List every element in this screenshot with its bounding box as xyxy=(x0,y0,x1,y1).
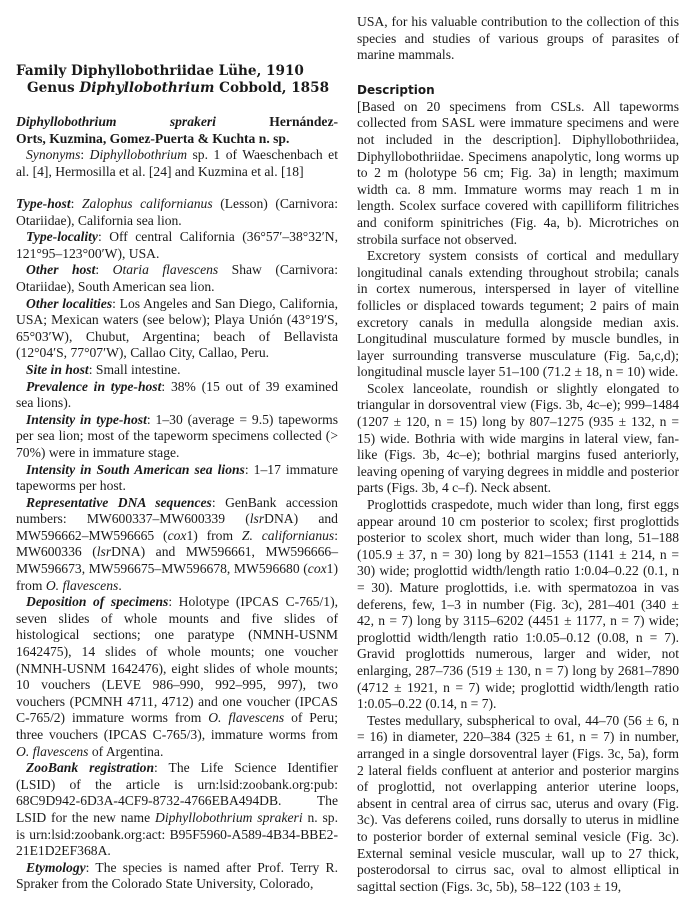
dna-text: . xyxy=(118,578,121,593)
gene-name: lsr xyxy=(97,544,111,559)
genus-heading: Genus Diphyllobothrium Cobbold, 1858 xyxy=(27,80,329,97)
site-in-host: Site in host: Small intestine. xyxy=(16,362,338,379)
description-paragraph-3: Scolex lanceolate, roundish or slightly … xyxy=(357,381,679,497)
genus-heading-prefix: Genus xyxy=(27,80,79,96)
etymology: Etymology: The species is named after Pr… xyxy=(16,860,338,893)
dna-text: 1) from xyxy=(186,528,241,543)
dna-sequences-label: Representative DNA sequences xyxy=(26,495,212,510)
zoobank-label: ZooBank registration xyxy=(26,760,154,775)
description-heading: Description xyxy=(357,82,679,99)
synonyms: Synonyms: Diphyllobothrium sp. 1 of Waes… xyxy=(16,147,338,180)
intensity-south-american-label: Intensity in South American sea lions xyxy=(26,462,245,477)
right-column: USA, for his valuable contribution to th… xyxy=(357,14,679,895)
intensity-type-host: Intensity in type-host: 1–30 (average = … xyxy=(16,412,338,462)
species-section: Diphyllobothrium sprakeri Hernández-Orts… xyxy=(16,114,338,180)
description-paragraph-5: Testes medullary, subspherical to oval, … xyxy=(357,713,679,896)
species-name: O. flavescens xyxy=(16,744,88,759)
deposition-text: of Argentina. xyxy=(88,744,163,759)
prevalence-label: Prevalence in type-host xyxy=(26,379,161,394)
species-name: Z. californianus xyxy=(242,528,334,543)
taxonomic-summary: Type-host: Zalophus californianus (Lesso… xyxy=(16,196,338,893)
genus-name: Diphyllobothrium xyxy=(79,80,214,96)
site-in-host-text: : Small intestine. xyxy=(89,362,181,377)
other-host-label: Other host xyxy=(26,262,95,277)
species-genus: Diphyllobothrium xyxy=(16,114,116,129)
gene-name: lsr xyxy=(250,511,264,526)
species-name: O. flavescens xyxy=(208,710,284,725)
gene-name: cox xyxy=(308,561,327,576)
genus-heading-suffix: Cobbold, 1858 xyxy=(214,80,329,96)
intensity-south-american: Intensity in South American sea lions: 1… xyxy=(16,462,338,495)
type-locality: Type-locality: Off central California (3… xyxy=(16,229,338,262)
family-heading: Family Diphyllobothriidae Lühe, 1910 xyxy=(16,63,304,80)
deposition: Deposition of specimens: Holotype (IPCAS… xyxy=(16,594,338,760)
other-localities-label: Other localities xyxy=(26,296,112,311)
etymology-continued: USA, for his valuable contribution to th… xyxy=(357,14,679,64)
synonyms-genus: Diphyllobothrium xyxy=(90,147,187,162)
etymology-label: Etymology xyxy=(26,860,86,875)
description-paragraph-1: [Based on 20 specimens from CSLs. All ta… xyxy=(357,99,679,248)
type-host: Type-host: Zalophus californianus (Lesso… xyxy=(16,196,338,229)
species-heading: Diphyllobothrium sprakeri Hernández-Orts… xyxy=(16,114,338,147)
deposition-label: Deposition of specimens xyxy=(26,594,168,609)
type-host-label: Type-host xyxy=(16,196,71,211)
site-in-host-label: Site in host xyxy=(26,362,89,377)
species-name: Diphyllobothrium sprakeri xyxy=(155,810,303,825)
species-name: O. flavescens xyxy=(46,578,118,593)
family-heading-text: Family Diphyllobothriidae Lühe, 1910 xyxy=(16,63,304,79)
description-paragraph-2: Excretory system consists of cortical an… xyxy=(357,248,679,381)
other-host: Other host: Otaria flavescens Shaw (Carn… xyxy=(16,262,338,295)
dna-sequences: Representative DNA sequences: GenBank ac… xyxy=(16,495,338,595)
intensity-type-host-label: Intensity in type-host xyxy=(26,412,147,427)
type-host-species: Zalophus californianus xyxy=(82,196,213,211)
species-epithet: sprakeri xyxy=(170,114,216,129)
zoobank-registration: ZooBank registration: The Life Science I… xyxy=(16,760,338,860)
synonyms-label: Synonyms xyxy=(26,147,80,162)
other-host-species: Otaria flavescens xyxy=(113,262,219,277)
gene-name: cox xyxy=(168,528,187,543)
prevalence: Prevalence in type-host: 38% (15 out of … xyxy=(16,379,338,412)
deposition-text: : Holotype (IPCAS C-765/1), seven slides… xyxy=(16,594,338,725)
description-paragraph-4: Proglottids craspedote, much wider than … xyxy=(357,497,679,713)
type-locality-label: Type-locality xyxy=(26,229,98,244)
other-localities: Other localities: Los Angeles and San Di… xyxy=(16,296,338,362)
